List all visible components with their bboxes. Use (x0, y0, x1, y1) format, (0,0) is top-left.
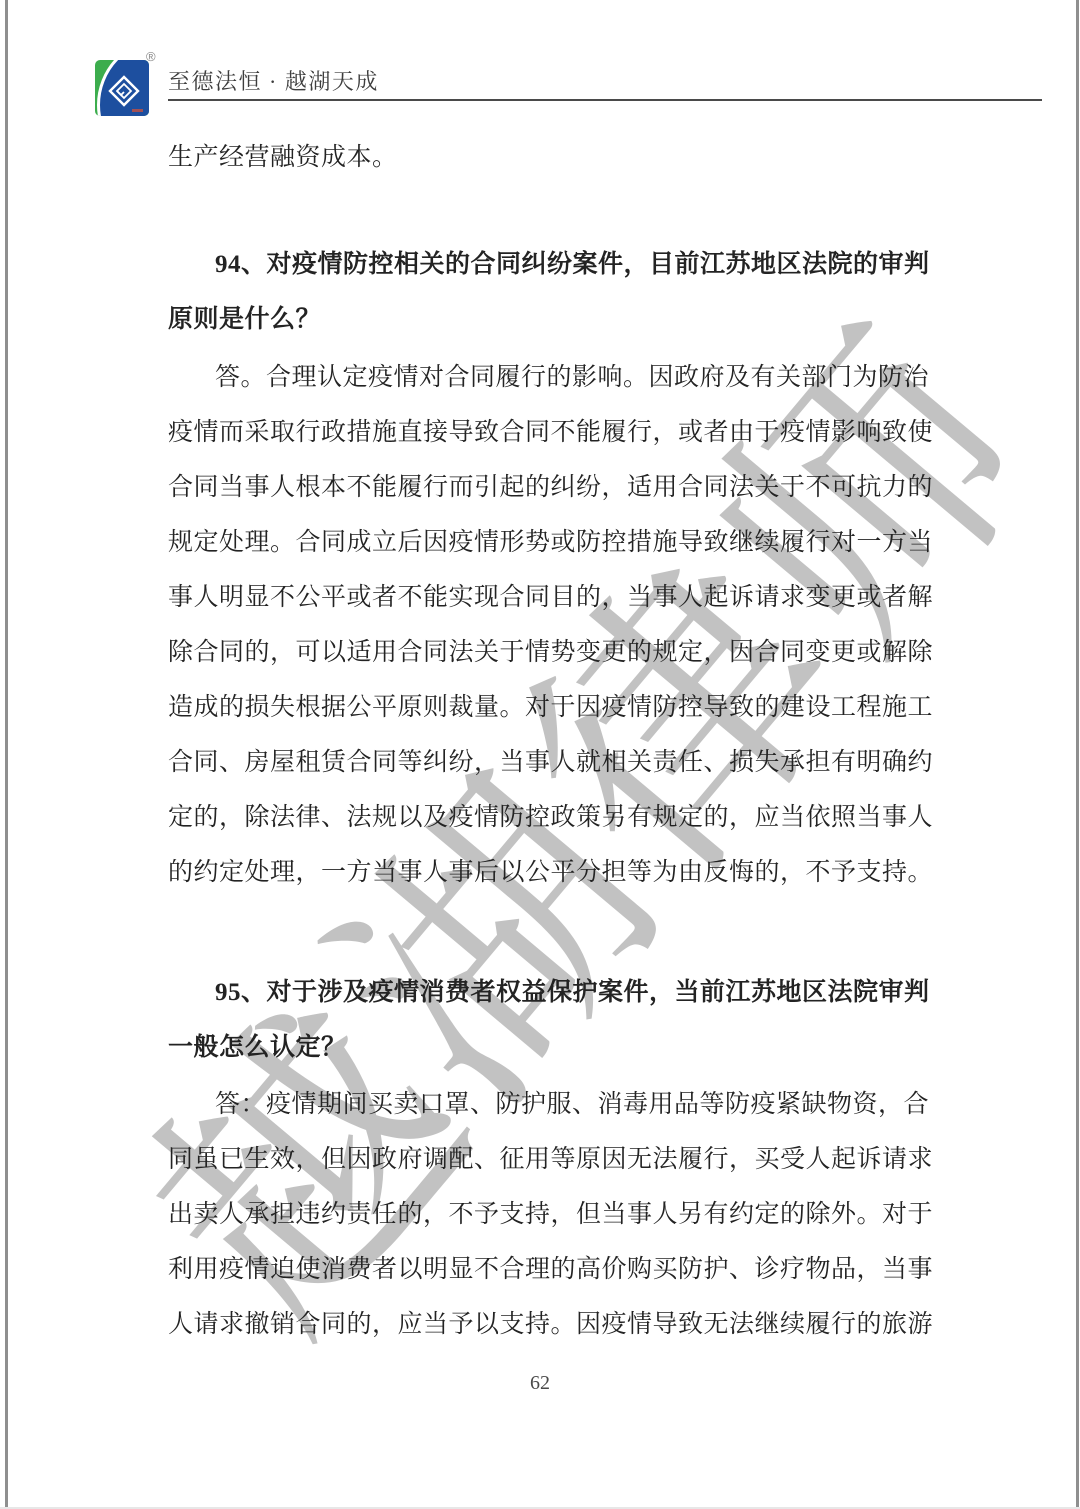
answer-line: 答：疫情期间买卖口罩、防护服、消毒用品等防疫紧缺物资，合 (168, 1077, 935, 1132)
q95-title-line: 95、对于涉及疫情消费者权益保护案件，当前江苏地区法院审判 (168, 965, 935, 1020)
registered-trademark-icon: ® (146, 49, 156, 64)
answer-line: 规定处理。合同成立后因疫情形势或防控措施导致继续履行对一方当 (168, 515, 935, 570)
answer-line: 事人明显不公平或者不能实现合同目的，当事人起诉请求变更或者解 (168, 570, 935, 625)
q95-title-line: 一般怎么认定？ (168, 1020, 935, 1075)
answer-line: 人请求撤销合同的，应当予以支持。因疫情导致无法继续履行的旅游 (168, 1297, 935, 1352)
document-body: 生产经营融资成本。 94、对疫情防控相关的合同纠纷案件，目前江苏地区法院的审判 … (168, 0, 935, 1352)
question-94-title: 94、对疫情防控相关的合同纠纷案件，目前江苏地区法院的审判 原则是什么？ (168, 237, 935, 347)
q94-title-line: 原则是什么？ (168, 292, 935, 347)
answer-line: 定的，除法律、法规以及疫情防控政策另有规定的，应当依照当事人 (168, 790, 935, 845)
answer-line: 利用疫情迫使消费者以明显不合理的高价购买防护、诊疗物品，当事 (168, 1242, 935, 1297)
diamond-emblem-icon (108, 75, 140, 107)
law-firm-logo (95, 60, 149, 116)
question-94-answer: 答。合理认定疫情对合同履行的影响。因政府及有关部门为防治 疫情而采取行政措施直接… (168, 350, 935, 900)
question-95-title: 95、对于涉及疫情消费者权益保护案件，当前江苏地区法院审判 一般怎么认定？ (168, 965, 935, 1075)
answer-line: 的约定处理，一方当事人事后以公平分担等为由反悔的，不予支持。 (168, 845, 935, 900)
page-edge-right (1076, 0, 1079, 1509)
answer-line: 合同当事人根本不能履行而引起的纠纷，适用合同法关于不可抗力的 (168, 460, 935, 515)
answer-line: 出卖人承担违约责任的，不予支持，但当事人另有约定的除外。对于 (168, 1187, 935, 1242)
logo-mini-text (132, 109, 143, 112)
answer-line: 合同、房屋租赁合同等纠纷，当事人就相关责任、损失承担有明确约 (168, 735, 935, 790)
page-number: 62 (0, 1372, 1080, 1395)
q94-title-line: 94、对疫情防控相关的合同纠纷案件，目前江苏地区法院的审判 (168, 237, 935, 292)
answer-line: 除合同的，可以适用合同法关于情势变更的规定，因合同变更或解除 (168, 625, 935, 680)
intro-line: 生产经营融资成本。 (168, 130, 935, 185)
question-95-answer: 答：疫情期间买卖口罩、防护服、消毒用品等防疫紧缺物资，合 同虽已生效，但因政府调… (168, 1077, 935, 1352)
page-edge-left (5, 0, 8, 1509)
answer-line: 造成的损失根据公平原则裁量。对于因疫情防控导致的建设工程施工 (168, 680, 935, 735)
answer-line: 同虽已生效，但因政府调配、征用等原因无法履行，买受人起诉请求 (168, 1132, 935, 1187)
document-page: { "colors": { "logo_green": "#3cad4d", "… (0, 0, 1080, 1509)
answer-line: 答。合理认定疫情对合同履行的影响。因政府及有关部门为防治 (168, 350, 935, 405)
answer-line: 疫情而采取行政措施直接导致合同不能履行，或者由于疫情影响致使 (168, 405, 935, 460)
